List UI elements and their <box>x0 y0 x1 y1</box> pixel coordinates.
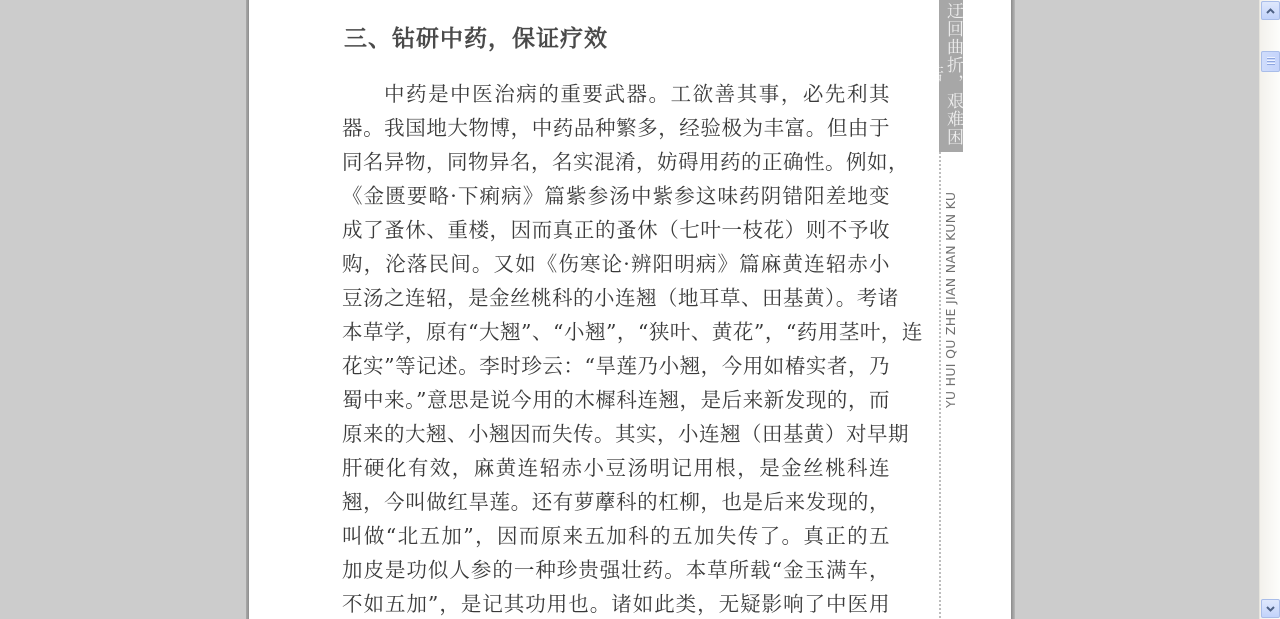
scroll-thumb[interactable] <box>1261 51 1280 72</box>
running-header-banner: 迂回曲折，艰难困苦 <box>939 0 963 152</box>
body-line: 本草学，原有“大翘”、“小翘”，“狭叶、黄花”，“药用茎叶，连 <box>342 315 890 349</box>
body-line: 原来的大翘、小翘因而失传。其实，小连翘（田基黄）对早期 <box>342 417 890 451</box>
body-line: 不如五加”，是记其功用也。诸如此类，无疑影响了中医用 <box>342 587 890 619</box>
scroll-down-button[interactable] <box>1261 599 1280 618</box>
scroll-up-button[interactable] <box>1261 1 1280 20</box>
document-page: · · · · · · · · · · · 三、钻研中药，保证疗效 中药是中医治… <box>249 0 1011 619</box>
body-text: 中药是中医治病的重要武器。工欲善其事，必先利其 器。我国地大物博，中药品种繁多，… <box>342 77 890 619</box>
body-line: 豆汤之连轺，是金丝桃科的小连翘（地耳草、田基黄）。考诸 <box>342 281 890 315</box>
body-line: 翘，今叫做红旱莲。还有萝藦科的杠柳，也是后来发现的， <box>342 485 890 519</box>
body-line: 中药是中医治病的重要武器。工欲善其事，必先利其 <box>342 77 890 111</box>
vertical-scrollbar[interactable] <box>1259 0 1280 619</box>
chevron-down-icon <box>1266 606 1275 612</box>
chevron-up-icon <box>1266 8 1275 14</box>
body-line: 蜀中来。”意思是说今用的木樨科连翘，是后来新发现的，而 <box>342 383 890 417</box>
margin-dotted-rule <box>939 152 941 619</box>
body-line: 肝硬化有效，麻黄连轺赤小豆汤明记用根，是金丝桃科连 <box>342 451 890 485</box>
page-shadow-right <box>1011 0 1015 619</box>
body-line: 购，沦落民间。又如《伤寒论·辨阳明病》篇麻黄连轺赤小 <box>342 247 890 281</box>
body-line: 《金匮要略·下痢病》篇紫参汤中紫参这味药阴错阳差地变 <box>342 179 890 213</box>
body-line: 加皮是功似人参的一种珍贵强壮药。本草所载“金玉满车， <box>342 553 890 587</box>
body-line: 叫做“北五加”，因而原来五加科的五加失传了。真正的五 <box>342 519 890 553</box>
body-line: 同名异物，同物异名，名实混淆，妨碍用药的正确性。例如， <box>342 145 890 179</box>
running-header-pinyin: YU HUI QU ZHE JIAN NAN KUN KU <box>943 160 961 408</box>
grip-icon <box>1267 57 1275 66</box>
body-line: 花实”等记述。李时珍云：“旱莲乃小翘，今用如椿实者，乃 <box>342 349 890 383</box>
body-line: 器。我国地大物博，中药品种繁多，经验极为丰富。但由于 <box>342 111 890 145</box>
bleed-through-residue: · · · · · · · · · · · <box>344 0 904 8</box>
document-viewer[interactable]: · · · · · · · · · · · 三、钻研中药，保证疗效 中药是中医治… <box>0 0 1259 619</box>
body-line: 成了蚤休、重楼，因而真正的蚤休（七叶一枝花）则不予收 <box>342 213 890 247</box>
section-title: 三、钻研中药，保证疗效 <box>344 20 608 53</box>
